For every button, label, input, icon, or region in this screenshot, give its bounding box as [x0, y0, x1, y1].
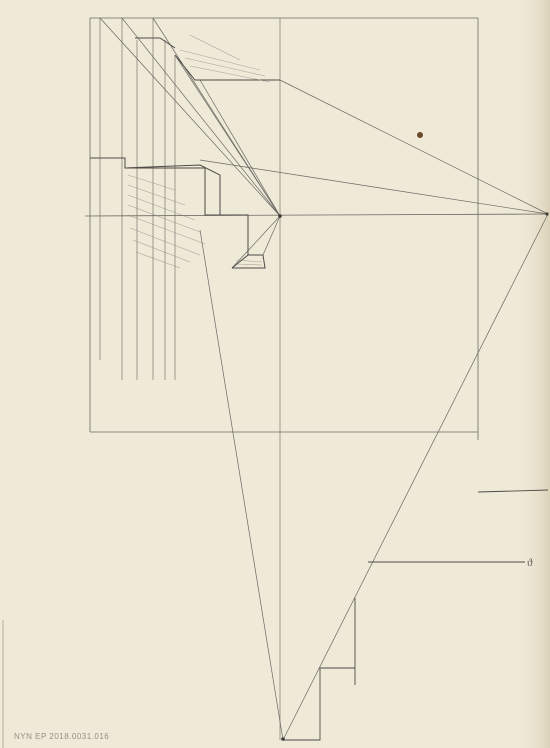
- sketch-page: ϑ NYN EP 2018.0031.016 NYN EP 2018.0031.…: [0, 0, 550, 748]
- catalog-inscription: NYN EP 2018.0031.016: [14, 732, 109, 741]
- margin-mark: ϑ: [527, 557, 533, 569]
- perspective-drawing: ϑ: [0, 0, 550, 748]
- paper-spot: [417, 132, 423, 138]
